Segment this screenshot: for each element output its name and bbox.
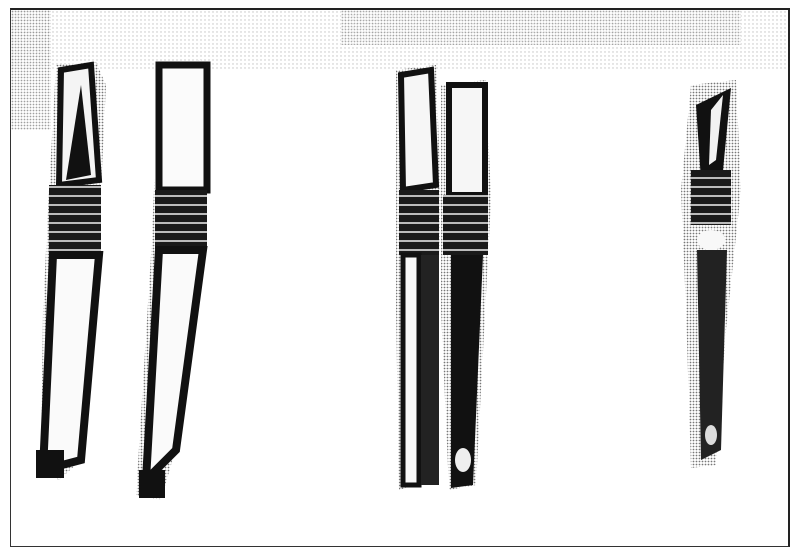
implant-2	[136, 60, 209, 500]
implant-4	[441, 80, 491, 490]
implant-5	[681, 80, 741, 468]
implants-photo	[11, 10, 788, 546]
photo-frame	[10, 8, 790, 547]
implant-3	[396, 65, 441, 490]
